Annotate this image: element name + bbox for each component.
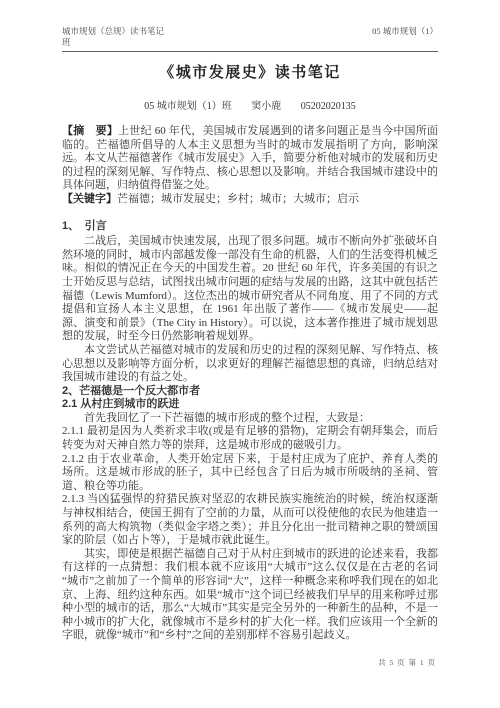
- header-left: 城市规划（总规）读书笔记 班: [62, 26, 164, 48]
- document-page: 城市规划（总规）读书笔记 班 05 城市规划（1） 《城市发展史》读书笔记 05…: [0, 0, 500, 708]
- document-title: 《城市发展史》读书笔记: [62, 61, 438, 82]
- keywords-paragraph: 【关键字】芒福德；城市发展史；乡村；城市；大城市；启示: [62, 193, 438, 207]
- byline-author: 窦小鹿: [251, 97, 281, 112]
- section-1-paragraph-2: 本文尝试从芒福德对城市的发展和历史的过程的深刻见解、写作特点、核心思想以及影响等…: [62, 344, 438, 385]
- keywords-label: 【关键字】: [62, 193, 117, 205]
- document-body: 【摘 要】上世纪 60 年代，美国城市发展遇到的诸多问题正是当今中国所面临的。芒…: [62, 125, 438, 643]
- abstract-paragraph: 【摘 要】上世纪 60 年代，美国城市发展遇到的诸多问题正是当今中国所面临的。芒…: [62, 125, 438, 193]
- abstract-text: 上世纪 60 年代，美国城市发展遇到的诸多问题正是当今中国所面临的。芒福德所倡导…: [62, 125, 438, 191]
- keywords-text: 芒福德；城市发展史；乡村；城市；大城市；启示: [117, 193, 359, 205]
- section-2-heading: 2、芒福德是一个反大都市者: [62, 385, 438, 399]
- byline-class: 05 城市规划（1）班: [144, 97, 232, 112]
- section-2-1-heading: 2.1 从村庄到城市的跃进: [62, 398, 438, 412]
- section-2-closing-paragraph: 其实，即使是根据芒福德自己对于从村庄到城市的跃进的论述来看，我都有这样的一点猜想…: [62, 548, 438, 643]
- page-footer: 共 5 页 第 1 页: [378, 657, 436, 668]
- abstract-label: 【摘 要】: [62, 125, 118, 137]
- byline: 05 城市规划（1）班 窦小鹿 05202020135: [62, 97, 438, 112]
- section-1-heading: 1、 引言: [62, 220, 438, 234]
- page-header: 城市规划（总规）读书笔记 班 05 城市规划（1）: [62, 26, 438, 52]
- header-left-line2: 班: [62, 37, 164, 48]
- byline-student-id: 05202020135: [301, 101, 356, 112]
- section-2-item-2: 2.1.2 由于农业革命，人类开始定居下来，于是村庄成为了庇护、养育人类的场所。…: [62, 453, 438, 494]
- section-2-item-3: 2.1.3 当凶猛强悍的狩猎民族对坚忍的农耕民族实施统治的时候，统治权逐渐与神权…: [62, 493, 438, 547]
- section-2-intro-paragraph: 首先我回忆了一下芒福德的城市形成的整个过程，大致是：: [62, 412, 438, 426]
- header-left-line1: 城市规划（总规）读书笔记: [62, 26, 164, 37]
- header-right: 05 城市规划（1）: [372, 26, 438, 37]
- section-2-item-1: 2.1.1 最初是因为人类祈求丰收(或是有足够的猎物)，定期会有朝拜集会，而后转…: [62, 425, 438, 452]
- section-1-paragraph-1: 二战后，美国城市快速发展，出现了很多问题。城市不断向外扩张破坏自然环境的同时，城…: [62, 235, 438, 344]
